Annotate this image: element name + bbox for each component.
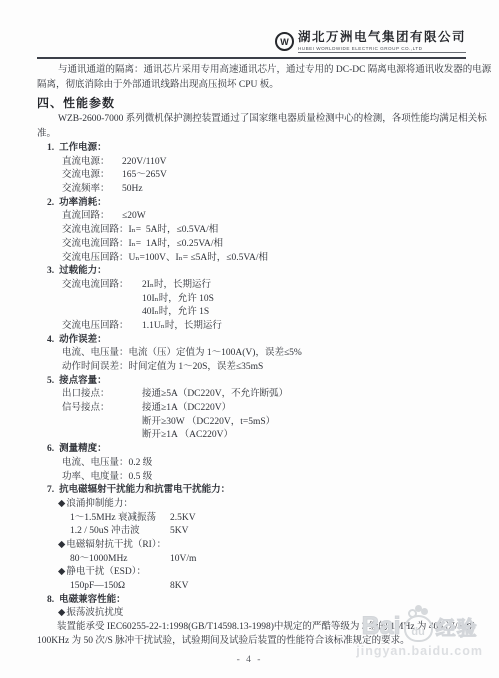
section-number: 3. (47, 265, 54, 279)
section-number: 1. (47, 142, 54, 156)
company-name: 湖北万洲电气集团有限公司 (298, 31, 466, 44)
section-overload-capacity: 3. 过载能力： 交流电流回路： 2Iₙ时，长期运行 10Iₙ时，允许 10S … (37, 265, 466, 333)
spec-value: 时间定值为 1～20S，误差≤35mS (129, 361, 264, 375)
diamond-bullet-icon: ◆ (58, 539, 65, 553)
performance-intro-line-1: WZB-2600-7000 系列微机保护测控装置通过了国家继电器质量检测中心的检… (37, 112, 466, 127)
spec-label (62, 306, 142, 320)
spec-value: 接通≥5A（DC220V，不允许断弧） (142, 388, 288, 402)
spec-value: 0.2 级 (129, 457, 153, 471)
section-number: 7. (47, 484, 54, 498)
spec-label: 交流电压回路： (62, 320, 142, 334)
spec-value: 8KV (170, 580, 188, 594)
section-heading: 2. 功率消耗： (37, 197, 466, 211)
spec-label: 电流、电压量： (62, 457, 129, 471)
spec-row: 电流、电压量： 电流（压）定值为 1～100A(V)，误差≤5% (37, 347, 466, 361)
spec-label (62, 429, 142, 443)
spec-value: Uₙ=100V、Iₙ= ≤5A时，≤0.5VA/相 (129, 252, 269, 266)
spec-label: 交流频率： (62, 183, 122, 197)
spec-value: Iₙ= 5A时，≤0.5VA/相 (129, 224, 219, 238)
intro-line-1: 与通讯通道的隔离：通讯芯片采用专用高速通讯芯片，通过专用的 DC-DC 隔离电源… (37, 63, 466, 78)
section-name: 工作电源： (59, 142, 107, 156)
section-number: 5. (47, 375, 54, 389)
section-number: 4. (47, 334, 54, 348)
spec-label: 直流电源： (62, 156, 122, 170)
spec-row: 交流电流回路： 2Iₙ时，长期运行 (37, 279, 466, 293)
diamond-bullet-icon: ◆ (58, 566, 65, 580)
spec-value: 10Iₙ时，允许 10S (142, 293, 214, 307)
bullet-row: ◆ 电磁辐射抗干扰（RI）： (37, 539, 466, 553)
section-emi-immunity: 7. 抗电磁辐射干扰能力和抗雷电干扰能力： ◆ 浪涌抑制能力： 1～1.5MHz… (37, 484, 466, 594)
section-title: 四、性能参数 (37, 96, 466, 110)
section-heading: 1. 工作电源： (37, 142, 466, 156)
watermark-du-text: du (411, 626, 424, 640)
spec-label: 电流、电压量： (62, 347, 129, 361)
spec-value: 165～265V (122, 169, 167, 183)
section-heading: 8. 电磁兼容性能： (37, 594, 466, 608)
spec-row: 断开≥1A （AC220V） (37, 429, 466, 443)
spec-label: 信号接点： (62, 402, 142, 416)
spec-row: 出口接点： 接通≥5A（DC220V，不允许断弧） (37, 388, 466, 402)
spec-label: 150pF—150Ω (70, 580, 170, 594)
section-heading: 7. 抗电磁辐射干扰能力和抗雷电干扰能力： (37, 484, 466, 498)
bullet-label: 静电干扰（ESD）： (66, 566, 146, 580)
section-operating-error: 4. 动作误差： 电流、电压量： 电流（压）定值为 1～100A(V)，误差≤5… (37, 334, 466, 375)
spec-value: 50Hz (122, 183, 143, 197)
spec-row: 交流电流回路： Iₙ= 1A时，≤0.25VA/相 (37, 238, 466, 252)
spec-label: 出口接点： (62, 388, 142, 402)
section-name: 接点容量： (59, 375, 107, 389)
spec-row: 交流频率： 50Hz (37, 183, 466, 197)
company-name-en: HUBEI WORLDWIDE ELECTRIC GROUP CO.,LTD (298, 46, 466, 53)
section-name: 动作误差： (59, 334, 107, 348)
spec-label (62, 293, 142, 307)
spec-row: 动作时间误差： 时间定值为 1～20S，误差≤35mS (37, 361, 466, 375)
spec-value: ≤20W (122, 210, 146, 224)
document-content: 与通讯通道的隔离：通讯芯片采用专用高速通讯芯片，通过专用的 DC-DC 隔离电源… (37, 63, 466, 648)
spec-label: 1～1.5MHz 衰减振荡 (70, 512, 170, 526)
watermark-jingyan-text: 经验 (436, 612, 478, 641)
bullet-row: ◆ 静电干扰（ESD）： (37, 566, 466, 580)
watermark-logo: Bai du 经验 (356, 611, 483, 642)
spec-label (62, 416, 142, 430)
spec-row: 电流、电压量： 0.2 级 (37, 457, 466, 471)
spec-row: 1.2 / 50uS 冲击波 5KV (37, 525, 466, 539)
spec-value: 40Iₙ时，允许 1S (142, 306, 209, 320)
logo-w-icon: W (275, 32, 294, 51)
section-heading: 6. 测量精度： (37, 443, 466, 457)
section-name: 功率消耗： (59, 197, 107, 211)
spec-label: 交流电流回路： (62, 238, 129, 252)
intro-paragraph: 与通讯通道的隔离：通讯芯片采用专用高速通讯芯片，通过专用的 DC-DC 隔离电源… (37, 63, 466, 93)
spec-value: 5KV (170, 525, 188, 539)
spec-label: 交流电流回路： (62, 224, 129, 238)
section-heading: 5. 接点容量： (37, 375, 466, 389)
spec-value: 接通≥1A（DC220V） (142, 402, 231, 416)
spec-label: 80～1000MHz (70, 553, 170, 567)
bullet-label: 浪涌抑制能力： (66, 498, 133, 512)
spec-row: 断开≥30W （DC220V，t=5mS） (37, 416, 466, 430)
diamond-bullet-icon: ◆ (58, 498, 65, 512)
spec-label: 1.2 / 50uS 冲击波 (70, 525, 170, 539)
bullet-label: 振荡波抗扰度 (66, 607, 123, 621)
header-rule (37, 57, 466, 59)
logo-letter: W (280, 37, 289, 47)
section-name: 测量精度： (59, 443, 107, 457)
spec-row: 功率、电度量： 0.5 级 (37, 471, 466, 485)
spec-row: 10Iₙ时，允许 10S (37, 293, 466, 307)
spec-value: 断开≥1A （AC220V） (142, 429, 233, 443)
spec-row: 40Iₙ时，允许 1S (37, 306, 466, 320)
section-name: 过载能力： (59, 265, 107, 279)
diamond-bullet-icon: ◆ (58, 607, 65, 621)
page-header: W 湖北万洲电气集团有限公司 HUBEI WORLDWIDE ELECTRIC … (275, 31, 466, 53)
section-measurement-accuracy: 6. 测量精度： 电流、电压量： 0.2 级 功率、电度量： 0.5 级 (37, 443, 466, 484)
bullet-row: ◆ 浪涌抑制能力： (37, 498, 466, 512)
spec-label: 交流电源： (62, 169, 122, 183)
watermark-bai-text: Bai (362, 612, 401, 641)
spec-row: 直流回路： ≤20W (37, 210, 466, 224)
bullet-label: 电磁辐射抗干扰（RI）： (66, 539, 166, 553)
performance-intro-line-2: 准。 (37, 127, 466, 142)
spec-value: 断开≥30W （DC220V，t=5mS） (142, 416, 275, 430)
spec-value: 2Iₙ时，长期运行 (142, 279, 211, 293)
section-number: 8. (47, 594, 54, 608)
section-name: 抗电磁辐射干扰能力和抗雷电干扰能力： (59, 484, 230, 498)
spec-row: 交流电流回路： Iₙ= 5A时，≤0.5VA/相 (37, 224, 466, 238)
company-name-block: 湖北万洲电气集团有限公司 HUBEI WORLDWIDE ELECTRIC GR… (298, 31, 466, 53)
section-heading: 3. 过载能力： (37, 265, 466, 279)
baidu-jingyan-watermark: Bai du 经验 jingyan.baidu.com (356, 611, 483, 658)
spec-row: 交流电压回路： Uₙ=100V、Iₙ= ≤5A时，≤0.5VA/相 (37, 252, 466, 266)
section-number: 2. (47, 197, 54, 211)
page-number: - 4 - (0, 655, 499, 665)
document-page: W 湖北万洲电气集团有限公司 HUBEI WORLDWIDE ELECTRIC … (0, 0, 499, 678)
spec-label: 功率、电度量： (62, 471, 129, 485)
spec-label: 直流回路： (62, 210, 122, 224)
spec-row: 直流电源： 220V/110V (37, 156, 466, 170)
spec-value: 2.5KV (170, 512, 196, 526)
spec-row: 150pF—150Ω 8KV (37, 580, 466, 594)
spec-value: 1.1Uₙ时，长期运行 (142, 320, 222, 334)
section-power-supply: 1. 工作电源： 直流电源： 220V/110V 交流电源： 165～265V … (37, 142, 466, 197)
company-logo: W 湖北万洲电气集团有限公司 HUBEI WORLDWIDE ELECTRIC … (275, 31, 466, 53)
section-name: 电磁兼容性能： (59, 594, 126, 608)
intro-line-2: 隔离，彻底消除由于外部通讯线路出现高压损坏 CPU 板。 (37, 78, 466, 93)
paw-icon: du (404, 615, 433, 642)
spec-value: 0.5 级 (129, 471, 153, 485)
spec-value: 10V/m (170, 553, 196, 567)
section-power-consumption: 2. 功率消耗： 直流回路： ≤20W 交流电流回路： Iₙ= 5A时，≤0.5… (37, 197, 466, 265)
section-number: 6. (47, 443, 54, 457)
spec-label: 动作时间误差： (62, 361, 129, 375)
spec-row: 1～1.5MHz 衰减振荡 2.5KV (37, 512, 466, 526)
spec-row: 交流电压回路： 1.1Uₙ时，长期运行 (37, 320, 466, 334)
spec-row: 信号接点： 接通≥1A（DC220V） (37, 402, 466, 416)
section-heading: 4. 动作误差： (37, 334, 466, 348)
section-contact-capacity: 5. 接点容量： 出口接点： 接通≥5A（DC220V，不允许断弧） 信号接点：… (37, 375, 466, 443)
spec-row: 80～1000MHz 10V/m (37, 553, 466, 567)
spec-value: Iₙ= 1A时，≤0.25VA/相 (129, 238, 223, 252)
spec-value: 220V/110V (122, 156, 167, 170)
spec-value: 电流（压）定值为 1～100A(V)，误差≤5% (129, 347, 302, 361)
spec-row: 交流电源： 165～265V (37, 169, 466, 183)
spec-label: 交流电流回路： (62, 279, 142, 293)
performance-intro: WZB-2600-7000 系列微机保护测控装置通过了国家继电器质量检测中心的检… (37, 112, 466, 142)
spec-label: 交流电压回路： (62, 252, 129, 266)
